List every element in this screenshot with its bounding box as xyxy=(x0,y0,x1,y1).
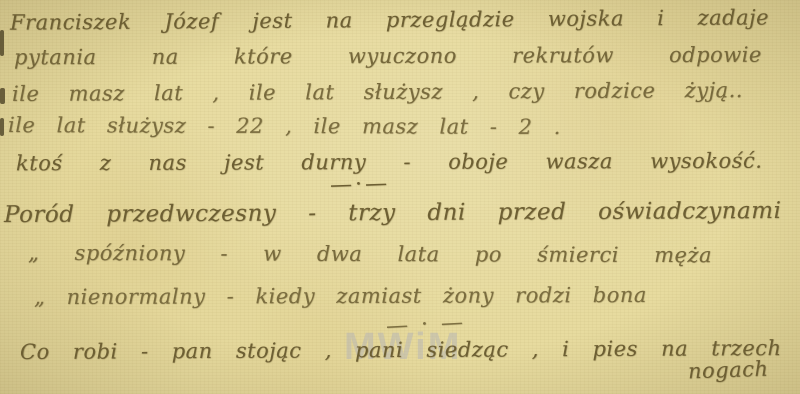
ink-speck xyxy=(0,30,4,56)
handwritten-line-1: Franciszek Józef jest na przeglądzie woj… xyxy=(10,5,769,34)
ink-speck xyxy=(0,88,5,104)
handwritten-line-8: „ nienormalny - kiedy zamiast żony rodzi… xyxy=(34,283,647,309)
ink-separator-bottom: — · — xyxy=(385,310,466,339)
notebook-page: MWiM Franciszek Józef jest na przeglądzi… xyxy=(0,0,800,394)
handwritten-line-10: nogach xyxy=(688,357,769,384)
ink-separator-top: —·— xyxy=(330,171,391,198)
handwritten-line-6: Poród przedwczesny - trzy dni przed oświ… xyxy=(4,198,782,228)
handwritten-line-4: ile lat służysz - 22 , ile masz lat - 2 … xyxy=(8,113,561,139)
ink-speck xyxy=(0,118,4,136)
handwritten-line-7: „ spóźniony - w dwa lata po śmierci męża xyxy=(28,241,712,267)
handwritten-line-3: ile masz lat , ile lat służysz , czy rod… xyxy=(12,78,743,106)
handwritten-line-2: pytania na które wyuczono rekrutów odpow… xyxy=(14,43,762,70)
handwritten-line-9: Co robi - pan stojąc , pani siedząc , i … xyxy=(20,336,782,364)
